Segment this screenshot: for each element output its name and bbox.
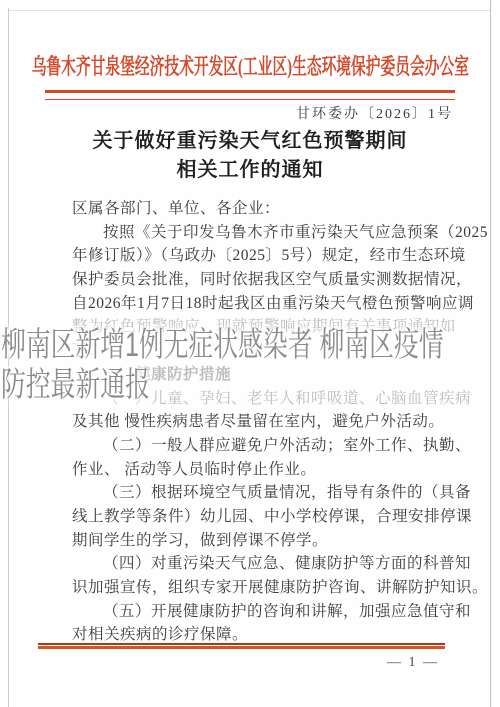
notice-title-line1: 关于做好重污染天气红色预警期间 (0, 124, 500, 153)
body-line: （二）一般人群应避免户外活动；室外工作、执勤、 (72, 434, 450, 458)
document-body: 区属各部门、单位、各企业：按照《关于印发乌鲁木齐市重污染天气应急预案（2025年… (72, 197, 450, 647)
scan-edge-right (490, 0, 491, 707)
body-line: （四）对重污染天气应急、健康防护等方面的科普知 (72, 552, 450, 576)
body-line: 年修订版）》（乌政办〔2025〕5号）规定，经市生态环境 (72, 244, 450, 268)
body-line: （五）开展健康防护的咨询和讲解，加强应急值守和 (72, 600, 450, 624)
body-line: （三）根据环境空气质量情况，指导有条件的（具备 (72, 481, 450, 505)
overlay-headline-line2: 防控最新通报 (1, 366, 150, 404)
overlay-headline-line1: 柳南区新增1例无症状感染者 柳南区疫情 (1, 326, 444, 364)
document-number: 甘环委办〔2026〕1号 (233, 103, 453, 123)
body-line: 保护委员会批准，同时依据我区空气质量实测数据情况， (72, 268, 450, 292)
letterhead-org-title: 乌鲁木齐甘泉堡经济技术开发区(工业区)生态环境保护委员会办公室 (0, 48, 500, 82)
scan-edge-top (8, 10, 491, 11)
body-line: 区属各部门、单位、各企业： (72, 197, 450, 221)
footer-double-rule (38, 643, 445, 649)
scanned-notice-page: 乌鲁木齐甘泉堡经济技术开发区(工业区)生态环境保护委员会办公室 甘环委办〔202… (0, 0, 500, 707)
body-line: 线上教学等条件）幼儿园、中小学校停课，合理安排停课 (72, 505, 450, 529)
notice-title-line2: 相关工作的通知 (0, 153, 500, 182)
body-line: 及其他 慢性疾病患者尽量留在室内，避免户外活动。 (72, 410, 450, 434)
body-line: 自2026年1月7日18时起我区由重污染天气橙色预警响应调 (72, 292, 450, 316)
letterhead-double-rule (45, 90, 455, 100)
page-number: — 1 — (378, 655, 448, 671)
footer-rule-thick (38, 646, 445, 649)
body-line: 期间学生的学习，做到停课不停学。 (72, 529, 450, 553)
body-line: 作业、 活动等人员临时停止作业。 (72, 458, 450, 482)
body-line: 按照《关于印发乌鲁木齐市重污染天气应急预案（2025 (72, 221, 450, 245)
letterhead-org-title-text: 乌鲁木齐甘泉堡经济技术开发区(工业区)生态环境保护委员会办公室 (31, 50, 468, 81)
body-line: 识加强宣传，组织专家开展健康防护咨询、讲解防护知识。 (72, 576, 450, 600)
